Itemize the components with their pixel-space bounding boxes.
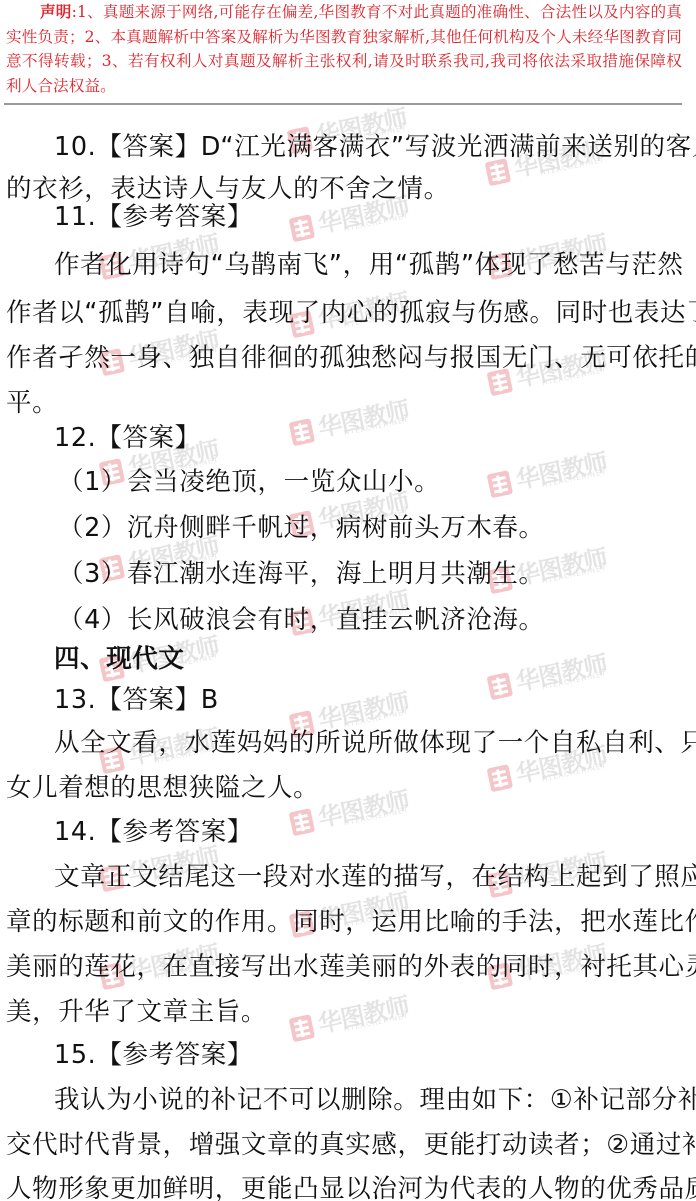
copyright-notice: 声明:1、真题来源于网络,可能存在偏差,华图教育不对此真题的准确性、合法性以及内… [6,0,682,98]
answer-12-item-4: （4）长风破浪会有时，直挂云帆济沧海。 [58,603,696,637]
answer-12-item-3: （3）春江潮水连海平，海上明月共潮生。 [58,557,696,591]
answer-11-line-4: 平。 [6,386,690,420]
answer-13-line-2: 女儿着想的思想狭隘之人。 [6,771,690,805]
answer-11-line-1: 作者化用诗句“乌鹊南飞”，用“孤鹊”体现了愁苦与茫然 [54,248,696,282]
answer-15-line-2: 交代时代背景，增强文章的真实感，更能打动读者；②通过补记让 [6,1128,690,1162]
header-divider [4,103,682,105]
section-heading-modern-text: 四、现代文 [54,642,696,676]
answer-10-line-1: 10.【答案】D“江光满客满衣”写波光洒满前来送别的客人 [54,130,696,164]
document-page: 声明:1、真题来源于网络,可能存在偏差,华图教育不对此真题的准确性、合法性以及内… [0,0,696,1201]
answer-14-heading: 14.【参考答案】 [54,815,696,849]
answer-15-line-1: 我认为小说的补记不可以删除。理由如下：①补记部分补充 [54,1083,696,1117]
answer-14-line-3: 美丽的莲花，在直接写出水莲美丽的外表的同时，衬托其心灵之 [6,950,690,984]
answer-11-line-3: 作者孑然一身、独自徘徊的孤独愁闷与报国无门、无可依托的不 [6,341,690,375]
answer-14-line-2: 章的标题和前文的作用。同时，运用比喻的手法，把水莲比作了 [6,905,690,939]
notice-label: 声明 [40,2,72,21]
answer-15-heading: 15.【参考答案】 [54,1038,696,1072]
answer-12-item-2: （2）沉舟侧畔千帆过，病树前头万木春。 [58,511,696,545]
answer-11-line-2: 作者以“孤鹊”自喻，表现了内心的孤寂与伤感。同时也表达了 [6,296,690,330]
answer-12-item-1: （1）会当凌绝顶，一览众山小。 [58,465,696,499]
notice-text: :1、真题来源于网络,可能存在偏差,华图教育不对此真题的准确性、合法性以及内容的… [6,3,682,95]
answer-13-line-1: 从全文看，水莲妈妈的所说所做体现了一个自私自利、只为 [54,726,696,760]
answer-11-heading: 11.【参考答案】 [54,200,696,234]
answer-13-heading: 13.【答案】B [54,683,696,717]
answer-14-line-1: 文章正文结尾这一段对水莲的描写，在结构上起到了照应文 [54,860,696,894]
answer-15-line-3: 人物形象更加鲜明，更能凸显以治河为代表的人物的优秀品质； [6,1172,690,1201]
answer-12-heading: 12.【答案】 [54,421,696,455]
answer-14-line-4: 美，升华了文章主旨。 [6,995,690,1029]
